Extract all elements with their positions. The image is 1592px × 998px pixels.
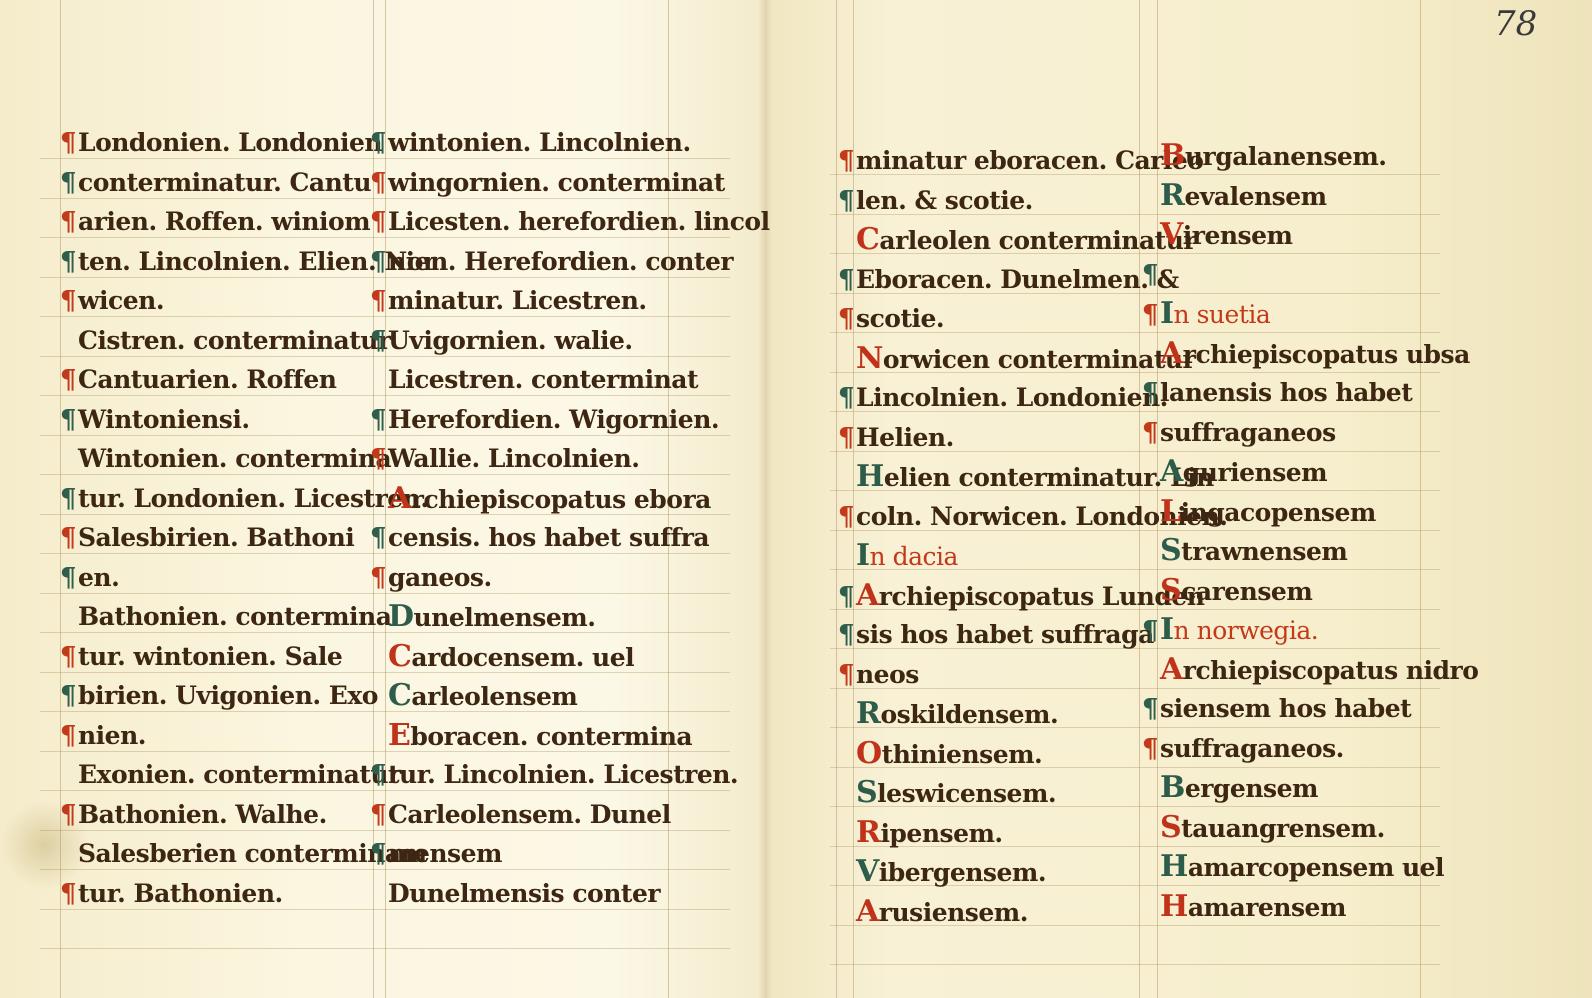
manuscript-line: ¶len. & scotie. [836, 181, 1033, 221]
pilcrow-icon: ¶ [1140, 729, 1160, 769]
line-text: scotie. [856, 304, 944, 333]
manuscript-line: ¶suffraganeos. [1140, 729, 1344, 769]
manuscript-line: Hamarensem [1140, 887, 1346, 927]
pilcrow-icon: ¶ [1140, 611, 1160, 651]
manuscript-line: ¶conterminatur. Cantu [58, 163, 371, 203]
line-text: ergensem [1185, 774, 1318, 803]
line-text: Herefordien. Wigornien. [388, 405, 719, 434]
manuscript-line: Revalensem [1140, 176, 1327, 216]
pilcrow-icon: ¶ [58, 518, 78, 558]
manuscript-line: Dunelmensem. [368, 597, 595, 637]
line-text: sis hos habet suffraga [856, 620, 1154, 649]
manuscript-line: Lingacopensem [1140, 492, 1376, 532]
line-text: Wintonien. contermina [78, 444, 391, 473]
line-text: Bathonien. contermina [78, 602, 391, 631]
manuscript-line: ¶en. [58, 558, 119, 598]
decorated-initial: S [1160, 533, 1181, 568]
decorated-initial: A [856, 578, 879, 613]
pilcrow-icon: ¶ [368, 321, 388, 361]
line-text: Salesbirien. Bathoni [78, 523, 354, 552]
line-text: suffraganeos [1160, 418, 1336, 447]
manuscript-line: ¶Uvigornien. walie. [368, 321, 633, 361]
manuscript-line: Wintonien. contermina [58, 439, 391, 479]
decorated-initial: S [1160, 810, 1181, 845]
manuscript-line: ¶birien. Uvigonien. Exo [58, 676, 378, 716]
line-text: Cistren. conterminatur [78, 326, 391, 355]
pilcrow-icon: ¶ [836, 299, 856, 339]
line-text: tur. Lincolnien. Licestren. [388, 760, 738, 789]
line-text: wintonien. Lincolnien. [388, 128, 691, 157]
line-text: rchiepiscopatus ebora [411, 485, 711, 514]
pilcrow-icon: ¶ [58, 558, 78, 598]
line-text: oskildensem. [880, 700, 1058, 729]
decorated-initial: L [1160, 494, 1181, 529]
line-text: conterminatur. Cantu [78, 168, 371, 197]
decorated-initial: C [388, 678, 411, 713]
line-text: Eboracen. Dunelmen. & [856, 265, 1179, 294]
pilcrow-icon: ¶ [836, 577, 856, 617]
manuscript-line: Ripensem. [836, 813, 1003, 853]
ruling-line [830, 964, 1440, 965]
manuscript-line: ¶sis hos habet suffraga [836, 615, 1154, 655]
manuscript-line: ¶tur. Bathonien. [58, 874, 283, 914]
manuscript-line: Burgalanensem. [1140, 136, 1386, 176]
manuscript-line: ¶nien. [58, 716, 146, 756]
manuscript-line: Carleolensem [368, 676, 577, 716]
manuscript-line: ¶ganeos. [368, 558, 492, 598]
line-text: minatur. Licestren. [388, 286, 647, 315]
pilcrow-icon: ¶ [58, 242, 78, 282]
pilcrow-icon: ¶ [58, 281, 78, 321]
line-text: Lincolnien. Londonien. [856, 383, 1168, 412]
manuscript-line: Arusiensem. [836, 892, 1028, 932]
decorated-initial: E [388, 718, 410, 753]
line-text: neos [856, 660, 919, 689]
manuscript-line: ¶In suetia [1140, 294, 1270, 334]
manuscript-line: ¶Cantuarien. Roffen [58, 360, 336, 400]
line-text: Helien. [856, 423, 954, 452]
manuscript-line: Aguriensem [1140, 452, 1327, 492]
manuscript-line: ¶censis. hos habet suffra [368, 518, 709, 558]
decorated-initial: I [856, 538, 870, 573]
manuscript-line: Exonien. conterminatur [58, 755, 401, 795]
decorated-initial: R [1160, 178, 1184, 213]
manuscript-line: Eboracen. contermina [368, 716, 692, 756]
decorated-initial: V [1160, 217, 1183, 252]
pilcrow-icon: ¶ [1140, 295, 1160, 335]
manuscript-line: Vibergensem. [836, 852, 1046, 892]
decorated-initial: C [856, 222, 879, 257]
pilcrow-icon: ¶ [836, 141, 856, 181]
pilcrow-icon: ¶ [368, 123, 388, 163]
line-text: Carleolensem. Dunel [388, 800, 671, 829]
manuscript-line: Stauangrensem. [1140, 808, 1385, 848]
manuscript-line: Cardocensem. uel [368, 637, 634, 677]
pilcrow-icon: ¶ [368, 281, 388, 321]
decorated-initial: A [1160, 336, 1183, 371]
decorated-initial: R [856, 696, 880, 731]
line-text: ardocensem. uel [411, 643, 634, 672]
line-text: ibergensem. [879, 858, 1046, 887]
line-text: mensem [388, 839, 502, 868]
pilcrow-icon: ¶ [58, 716, 78, 756]
pilcrow-icon: ¶ [58, 360, 78, 400]
line-text: en. [78, 563, 119, 592]
decorated-initial: S [1160, 573, 1181, 608]
manuscript-line: ¶lanensis hos habet [1140, 373, 1412, 413]
pilcrow-icon: ¶ [368, 518, 388, 558]
pilcrow-icon: ¶ [368, 400, 388, 440]
line-text: ipensem. [880, 819, 1002, 848]
manuscript-line: ¶suffraganeos [1140, 413, 1336, 453]
line-text: evalensem [1184, 182, 1326, 211]
line-text: Wintoniensi. [78, 405, 250, 434]
decorated-initial: V [856, 854, 879, 889]
decorated-initial: A [1160, 652, 1183, 687]
pilcrow-icon: ¶ [368, 795, 388, 835]
decorated-initial: B [1160, 138, 1185, 173]
manuscript-line: Bergensem [1140, 768, 1318, 808]
manuscript-line: ¶Herefordien. Wigornien. [368, 400, 719, 440]
pilcrow-icon: ¶ [836, 497, 856, 537]
line-text: Wallie. Lincolnien. [388, 444, 640, 473]
line-text: lanensis hos habet [1160, 378, 1412, 407]
manuscript-line: In dacia [836, 536, 958, 576]
line-text: nien. Herefordien. conter [388, 247, 733, 276]
line-text: amarcopensem uel [1188, 853, 1444, 882]
line-text: arleolensem [411, 682, 577, 711]
manuscript-line: ¶mensem [368, 834, 502, 874]
line-text: wicen. [78, 286, 164, 315]
manuscript-line: ¶Eboracen. Dunelmen. & [836, 260, 1179, 300]
line-text: tur. wintonien. Sale [78, 642, 342, 671]
line-text: Dunelmensis conter [388, 879, 660, 908]
pilcrow-icon: ¶ [58, 795, 78, 835]
rubric-heading: n suetia [1174, 300, 1271, 329]
manuscript-line: ¶Helien. [836, 418, 954, 458]
decorated-initial: C [388, 639, 411, 674]
manuscript-line: Dunelmensis conter [368, 874, 660, 914]
manuscript-line: ¶tur. Lincolnien. Licestren. [368, 755, 738, 795]
pilcrow-icon: ¶ [368, 242, 388, 282]
line-text: wingornien. conterminat [388, 168, 725, 197]
line-text: rchiepiscopatus ubsa [1183, 340, 1470, 369]
pilcrow-icon: ¶ [58, 123, 78, 163]
manuscript-line: ¶siensem hos habet [1140, 689, 1411, 729]
line-text: boracen. contermina [410, 722, 692, 751]
pilcrow-icon: ¶ [368, 755, 388, 795]
manuscript-line: Scarensem [1140, 571, 1312, 611]
manuscript-line: ¶In norwegia. [1140, 610, 1318, 650]
line-text: trawnensem [1181, 537, 1347, 566]
pilcrow-icon: ¶ [58, 874, 78, 914]
decorated-initial: A [856, 894, 879, 929]
line-text: censis. hos habet suffra [388, 523, 709, 552]
pilcrow-icon: ¶ [1140, 255, 1160, 295]
pilcrow-icon: ¶ [58, 637, 78, 677]
pilcrow-icon: ¶ [836, 181, 856, 221]
decorated-initial: A [388, 481, 411, 516]
pilcrow-icon: ¶ [836, 655, 856, 695]
manuscript-line: ¶Salesbirien. Bathoni [58, 518, 354, 558]
pilcrow-icon: ¶ [1140, 413, 1160, 453]
manuscript-line: ¶Carleolensem. Dunel [368, 795, 671, 835]
folio-number: 78 [1494, 4, 1537, 44]
pilcrow-icon: ¶ [1140, 689, 1160, 729]
line-text: birien. Uvigonien. Exo [78, 681, 378, 710]
line-text: amarensem [1188, 893, 1346, 922]
decorated-initial: I [1160, 296, 1174, 331]
manuscript-line: ¶neos [836, 655, 919, 695]
line-text: rchiepiscopatus nidro [1183, 656, 1479, 685]
pilcrow-icon: ¶ [58, 202, 78, 242]
line-text: tauangrensem. [1181, 814, 1385, 843]
manuscript-line: Archiepiscopatus ebora [368, 479, 711, 519]
pilcrow-icon: ¶ [58, 400, 78, 440]
line-text: leswicensem. [877, 779, 1056, 808]
line-text: tur. Bathonien. [78, 879, 283, 908]
line-text: arien. Roffen. winiom [78, 207, 370, 236]
decorated-initial: B [1160, 770, 1185, 805]
decorated-initial: A [1160, 454, 1183, 489]
pilcrow-icon: ¶ [368, 163, 388, 203]
line-text: suffraganeos. [1160, 734, 1344, 763]
manuscript-line: Othiniensem. [836, 734, 1042, 774]
line-text: ingacopensem [1181, 498, 1376, 527]
manuscript-line: Bathonien. contermina [58, 597, 391, 637]
line-text: Cantuarien. Roffen [78, 365, 336, 394]
manuscript-line: ¶tur. wintonien. Sale [58, 637, 342, 677]
decorated-initial: N [856, 341, 883, 376]
decorated-initial: H [1160, 849, 1188, 884]
pilcrow-icon: ¶ [58, 163, 78, 203]
line-text: unelmensem. [414, 603, 596, 632]
line-text: Uvigornien. walie. [388, 326, 633, 355]
line-text: irensem [1183, 221, 1293, 250]
manuscript-line: ¶Licesten. herefordien. lincol [368, 202, 770, 242]
manuscript-line: Archiepiscopatus nidro [1140, 650, 1478, 690]
line-text: guriensem [1183, 458, 1327, 487]
manuscript-line: ¶Bathonien. Walhe. [58, 795, 327, 835]
pilcrow-icon: ¶ [368, 439, 388, 479]
pilcrow-icon: ¶ [368, 202, 388, 242]
decorated-initial: D [388, 599, 414, 634]
decorated-initial: O [856, 736, 882, 771]
manuscript-line: Roskildensem. [836, 694, 1058, 734]
line-text: Bathonien. Walhe. [78, 800, 327, 829]
manuscript-line: Strawnensem [1140, 531, 1347, 571]
line-text: Licesten. herefordien. lincol [388, 207, 770, 236]
line-text: Exonien. conterminatur [78, 760, 401, 789]
rubric-heading: n dacia [870, 542, 958, 571]
manuscript-line: ¶wicen. [58, 281, 164, 321]
manuscript-line: ¶Wintoniensi. [58, 400, 250, 440]
decorated-initial: H [1160, 889, 1188, 924]
manuscript-line: ¶nien. Herefordien. conter [368, 242, 733, 282]
ruling-line [40, 948, 730, 949]
manuscript-line: Hamarcopensem uel [1140, 847, 1444, 887]
line-text: Londonien. Londonien [78, 128, 382, 157]
line-text: carensem [1181, 577, 1312, 606]
manuscript-line: ¶Londonien. Londonien [58, 123, 382, 163]
rubric-heading: n norwegia. [1174, 616, 1319, 645]
manuscript-line: Archiepiscopatus ubsa [1140, 334, 1470, 374]
manuscript-line: Sleswicensem. [836, 773, 1056, 813]
manuscript-line: ¶Lincolnien. Londonien. [836, 378, 1168, 418]
manuscript-line: ¶scotie. [836, 299, 944, 339]
manuscript-line: ¶wingornien. conterminat [368, 163, 725, 203]
book-gutter [758, 0, 772, 998]
manuscript-line: ¶Wallie. Lincolnien. [368, 439, 640, 479]
decorated-initial: H [856, 459, 884, 494]
pilcrow-icon: ¶ [836, 418, 856, 458]
line-text: thiniensem. [882, 740, 1043, 769]
decorated-initial: R [856, 815, 880, 850]
manuscript-line: ¶ [1140, 255, 1160, 295]
line-text: rusiensem. [879, 898, 1028, 927]
pilcrow-icon: ¶ [836, 378, 856, 418]
decorated-initial: I [1160, 612, 1174, 647]
manuscript-line: Licestren. conterminat [368, 360, 698, 400]
line-text: len. & scotie. [856, 186, 1033, 215]
pilcrow-icon: ¶ [368, 558, 388, 598]
line-text: urgalanensem. [1185, 142, 1387, 171]
pilcrow-icon: ¶ [836, 615, 856, 655]
pilcrow-icon: ¶ [836, 260, 856, 300]
manuscript-line: ¶wintonien. Lincolnien. [368, 123, 691, 163]
line-text: nien. [78, 721, 146, 750]
line-text: Licestren. conterminat [388, 365, 698, 394]
pilcrow-icon: ¶ [58, 479, 78, 519]
manuscript-line: Cistren. conterminatur [58, 321, 391, 361]
manuscript-line: Virensem [1140, 215, 1292, 255]
pilcrow-icon: ¶ [368, 834, 388, 874]
line-text: ganeos. [388, 563, 492, 592]
manuscript-line: ¶arien. Roffen. winiom [58, 202, 370, 242]
pilcrow-icon: ¶ [58, 676, 78, 716]
pilcrow-icon: ¶ [1140, 373, 1160, 413]
decorated-initial: S [856, 775, 877, 810]
manuscript-line: ¶minatur. Licestren. [368, 281, 647, 321]
line-text: siensem hos habet [1160, 694, 1411, 723]
